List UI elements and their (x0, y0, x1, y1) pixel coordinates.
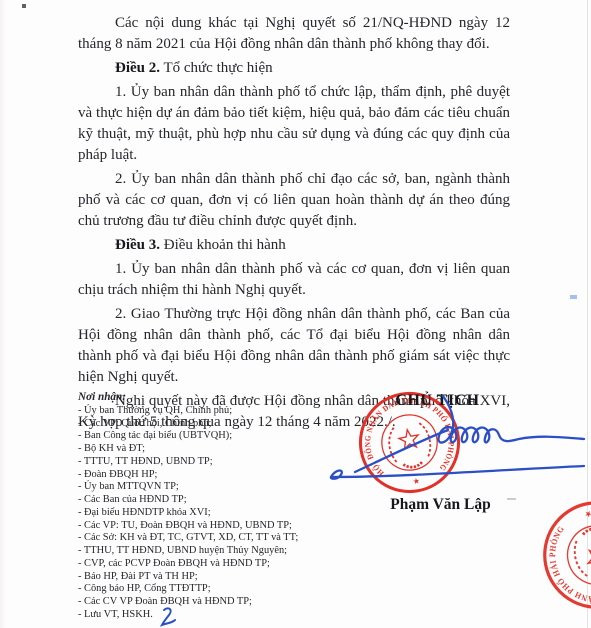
article-2-label: Điều 2. (115, 60, 160, 76)
heading-article-2: Điều 2. Tổ chức thực hiện (78, 58, 510, 79)
paragraph-intro: Các nội dung khác tại Nghị quyết số 21/N… (78, 13, 510, 55)
recipient-item: - CVP, các PCVP Đoàn ĐBQH và HĐND TP; (78, 558, 348, 571)
partial-seal-icon (540, 498, 591, 612)
handwritten-mark (158, 606, 178, 628)
signature-ink (300, 378, 591, 503)
recipient-item: - Đại biểu HĐNDTP khóa XVI; (78, 507, 348, 520)
scan-speck (22, 4, 26, 8)
paragraph-art2-1: 1. Ủy ban nhân dân thành phố tổ chức lập… (78, 82, 510, 166)
article-3-title: Điều khoản thi hành (160, 237, 286, 253)
paragraph-art2-2: 2. Ủy ban nhân dân thành phố chỉ đạo các… (78, 169, 510, 232)
recipient-item: - Các CV VP Đoàn ĐBQH và HĐND TP; (78, 596, 348, 609)
paragraph-art3-1: 1. Ủy ban nhân dân thành phố và các cơ q… (78, 259, 510, 301)
recipient-item: - Các Sở: KH và ĐT, TC, GTVT, XD, CT, TT… (78, 532, 348, 545)
recipient-item: - Lưu VT, HSKH. (78, 609, 348, 622)
recipient-item: - Các VP: TU, Đoàn ĐBQH và HĐND, UBND TP… (78, 520, 348, 533)
resolution-body: Các nội dung khác tại Nghị quyết số 21/N… (78, 0, 510, 433)
scan-edge-artifact (0, 0, 6, 628)
article-3-label: Điều 3. (115, 237, 160, 253)
recipient-item: - Báo HP, Đài PT và TH HP; (78, 571, 348, 584)
heading-article-3: Điều 3. Điều khoản thi hành (78, 235, 510, 256)
recipient-item: - TTHU, TT HĐND, UBND huyện Thủy Nguyên; (78, 545, 348, 558)
ink-speck (570, 295, 577, 299)
paragraph-art3-2: 2. Giao Thường trực Hội đồng nhân dân th… (78, 304, 510, 388)
recipient-item: - Công báo HP, Cổng TTĐTTP; (78, 583, 348, 596)
article-2-title: Tổ chức thực hiện (160, 60, 273, 76)
document-page: HỘI ĐỒNG NHÂN DÂN THÀNH PHỐ HẢI PHÒNG ★ … (0, 0, 591, 628)
